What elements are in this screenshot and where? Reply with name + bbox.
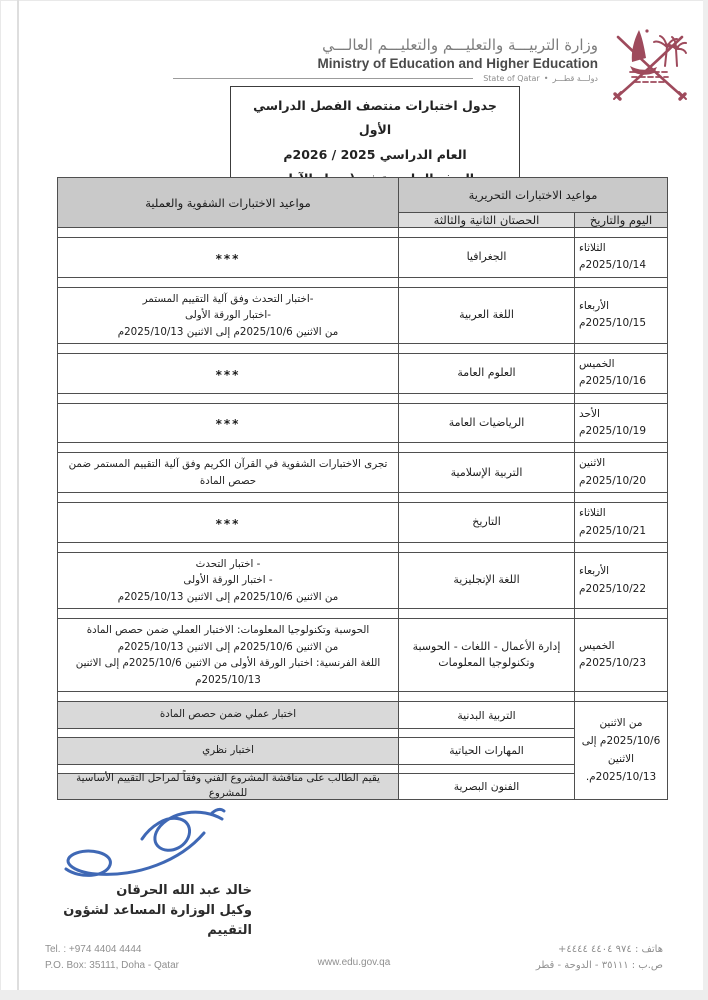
scan-edge-right	[703, 0, 708, 1000]
day-label: الأربعاء	[579, 298, 609, 315]
state-arabic: دولـــة قطـــر	[552, 74, 598, 83]
subject-cell: التاريخ	[398, 502, 575, 543]
date-label: 2025/10/19م	[579, 423, 646, 440]
title-line-2: العام الدراسي 2025 / 2026م	[239, 143, 511, 167]
oral-exam-cell: ***	[57, 353, 399, 394]
table-row: الأربعاء2025/10/15ماللغة العربية-اختبار …	[57, 287, 668, 344]
signatory-role: وكيل الوزارة المساعد لشؤون التقييم	[40, 901, 252, 941]
oral-exam-line: ***	[216, 362, 241, 385]
written-exams-header: مواعيد الاختبارات التحريرية	[398, 177, 668, 213]
footer-tel-english: Tel. : +974 4404 4444	[45, 942, 179, 958]
oral-exam-line: ***	[216, 246, 241, 269]
subject-cell: التربية الإسلامية	[398, 452, 575, 493]
subject-cell: اللغة الإنجليزية	[398, 552, 575, 609]
subject-cell: إدارة الأعمال - اللغات - الحوسبة وتكنولو…	[398, 618, 575, 692]
oral-exam-line: من الاثنين 2025/10/6م إلى الاثنين 2025/1…	[118, 589, 339, 605]
table-row: الخميس2025/10/23مإدارة الأعمال - اللغات …	[57, 618, 668, 692]
oral-exam-cell: ***	[57, 502, 399, 543]
day-date-cell: الثلاثاء2025/10/21م	[574, 502, 668, 543]
oral-exam-line: من الاثنين 2025/10/6م إلى الاثنين 2025/1…	[118, 324, 339, 340]
day-label: الأحد	[579, 406, 600, 423]
date-label: 2025/10/22م	[579, 581, 646, 598]
table-row: الأربعاء2025/10/22ماللغة الإنجليزية- اخت…	[57, 552, 668, 609]
day-date-cell: الخميس2025/10/16م	[574, 353, 668, 394]
subject-cell: التربية البدنية	[398, 701, 575, 729]
oral-exam-line: - اختبار التحدث	[196, 556, 261, 572]
day-label: الخميس	[579, 356, 615, 373]
subject-cell: العلوم العامة	[398, 353, 575, 394]
subject-cell: الفنون البصرية	[398, 773, 575, 801]
written-exams-header-group: مواعيد الاختبارات التحريرية اليوم والتار…	[398, 177, 668, 228]
day-date-cell: الأحد2025/10/19م	[574, 403, 668, 444]
day-label: الاثنين	[579, 455, 605, 472]
subject-cell: الجغرافيا	[398, 237, 575, 278]
date-label: 2025/10/16م	[579, 373, 646, 390]
day-date-header: اليوم والتاريخ	[574, 212, 668, 228]
scanned-document-page: وزارة التربيـــة والتعليـــم والتعليـــم…	[0, 0, 708, 1000]
day-label: الخميس	[579, 638, 615, 655]
letterhead-text-block: وزارة التربيـــة والتعليـــم والتعليـــم…	[198, 36, 598, 83]
ministry-name-english: Ministry of Education and Higher Educati…	[198, 55, 598, 73]
oral-exam-cell: الحوسبة وتكنولوجيا المعلومات: الاختبار ا…	[57, 618, 399, 692]
subject-cell: المهارات الحياتية	[398, 737, 575, 765]
merged-table-row: المهارات الحياتيةاختبار نظري	[57, 737, 575, 765]
subject-cell: اللغة العربية	[398, 287, 575, 344]
date-label: 2025/10/20م	[579, 473, 646, 490]
state-separator-dot: •	[544, 74, 549, 83]
oral-exam-line: - اختبار الورقة الأولى	[183, 572, 272, 588]
day-date-cell: الخميس2025/10/23م	[574, 618, 668, 692]
footer-pobox-arabic: ص.ب : ٣٥١١١ - الدوحة - قطر	[536, 958, 663, 974]
day-date-cell: الأربعاء2025/10/15م	[574, 287, 668, 344]
oral-exam-line: الحوسبة وتكنولوجيا المعلومات: الاختبار ا…	[87, 622, 369, 638]
merged-date-cell: من الاثنين 2025/10/6م إلى الاثنين 2025/1…	[574, 701, 668, 800]
scan-edge-bottom	[0, 990, 708, 1000]
title-line-1: جدول اختبارات منتصف الفصل الدراسي الأول	[239, 94, 511, 143]
date-label: 2025/10/15م	[579, 315, 646, 332]
oral-exam-cell: تجرى الاختبارات الشفوية في القرآن الكريم…	[57, 452, 399, 493]
signatory-name: خالد عبد الله الحرقان	[40, 881, 252, 901]
oral-exam-cell: اختبار عملي ضمن حصص المادة	[57, 701, 399, 729]
bottom-merged-block: من الاثنين 2025/10/6م إلى الاثنين 2025/1…	[57, 701, 668, 800]
merged-table-row: التربية البدنيةاختبار عملي ضمن حصص الماد…	[57, 701, 575, 729]
day-date-cell: الأربعاء2025/10/22م	[574, 552, 668, 609]
qatar-emblem-logo	[608, 24, 692, 104]
table-row: الأحد2025/10/19مالرياضيات العامة***	[57, 403, 668, 444]
oral-exam-cell: - اختبار التحدث- اختبار الورقة الأولىمن …	[57, 552, 399, 609]
date-label: 2025/10/21م	[579, 523, 646, 540]
oral-exam-line: اللغة الفرنسية: اختبار الورقة الأولى من …	[66, 655, 390, 688]
oral-exam-line: من الاثنين 2025/10/6م إلى الاثنين 2025/1…	[118, 639, 339, 655]
oral-practical-exams-header: مواعيد الاختبارات الشفوية والعملية	[57, 177, 399, 228]
table-row: الخميس2025/10/16مالعلوم العامة***	[57, 353, 668, 394]
state-english: State of Qatar	[483, 74, 540, 83]
oral-exam-cell: ***	[57, 237, 399, 278]
table-row: الثلاثاء2025/10/21مالتاريخ***	[57, 502, 668, 543]
day-label: الثلاثاء	[579, 240, 606, 257]
oral-exam-cell: ***	[57, 403, 399, 444]
footer-contact-arabic: هاتف : +٩٧٤ ٤٤٠٤ ٤٤٤٤ ص.ب : ٣٥١١١ - الدو…	[536, 942, 663, 973]
oral-exam-cell: -اختبار التحدث وفق آلية التقييم المستمر-…	[57, 287, 399, 344]
footer-tel-arabic-number: +٩٧٤ ٤٤٠٤ ٤٤٤٤	[558, 944, 632, 955]
table-body: الثلاثاء2025/10/14مالجغرافيا***الأربعاء2…	[57, 237, 668, 692]
table-header: مواعيد الاختبارات التحريرية اليوم والتار…	[57, 177, 668, 228]
merged-rows-container: التربية البدنيةاختبار عملي ضمن حصص الماد…	[57, 701, 575, 800]
footer-tel-arabic: هاتف : +٩٧٤ ٤٤٠٤ ٤٤٤٤	[536, 942, 663, 958]
oral-exam-cell: اختبار نظري	[57, 737, 399, 765]
day-label: الأربعاء	[579, 563, 609, 580]
date-label: 2025/10/23م	[579, 655, 646, 672]
day-label: الثلاثاء	[579, 505, 606, 522]
day-date-cell: الاثنين2025/10/20م	[574, 452, 668, 493]
subject-cell: الرياضيات العامة	[398, 403, 575, 444]
oral-exam-line: ***	[216, 511, 241, 534]
date-label: 2025/10/14م	[579, 257, 646, 274]
exam-schedule-table: مواعيد الاختبارات التحريرية اليوم والتار…	[57, 177, 668, 800]
oral-exam-line: ***	[216, 411, 241, 434]
oral-exam-line: -اختبار الورقة الأولى	[185, 307, 271, 323]
oral-exam-line: تجرى الاختبارات الشفوية في القرآن الكريم…	[66, 456, 390, 489]
oral-exam-cell: يقيم الطالب على مناقشة المشروع الفني وفق…	[57, 773, 399, 801]
table-row: الاثنين2025/10/20مالتربية الإسلاميةتجرى …	[57, 452, 668, 493]
merged-table-row: الفنون البصريةيقيم الطالب على مناقشة الم…	[57, 773, 575, 801]
written-exams-subheader-row: اليوم والتاريخ الحصتان الثانية والثالثة	[398, 212, 668, 228]
signatory-block: خالد عبد الله الحرقان وكيل الوزارة المسا…	[40, 881, 252, 941]
state-of-qatar-line: State of Qatar • دولـــة قطـــر	[198, 74, 598, 83]
periods-header: الحصتان الثانية والثالثة	[398, 212, 575, 228]
footer-tel-arabic-label: هاتف :	[635, 944, 663, 955]
oral-exam-line: -اختبار التحدث وفق آلية التقييم المستمر	[143, 291, 314, 307]
ministry-name-arabic: وزارة التربيـــة والتعليـــم والتعليـــم…	[198, 36, 598, 55]
letterhead-rule	[173, 78, 473, 79]
signature-ink	[52, 803, 257, 885]
table-row: الثلاثاء2025/10/14مالجغرافيا***	[57, 237, 668, 278]
scan-edge-left	[17, 0, 19, 1000]
day-date-cell: الثلاثاء2025/10/14م	[574, 237, 668, 278]
